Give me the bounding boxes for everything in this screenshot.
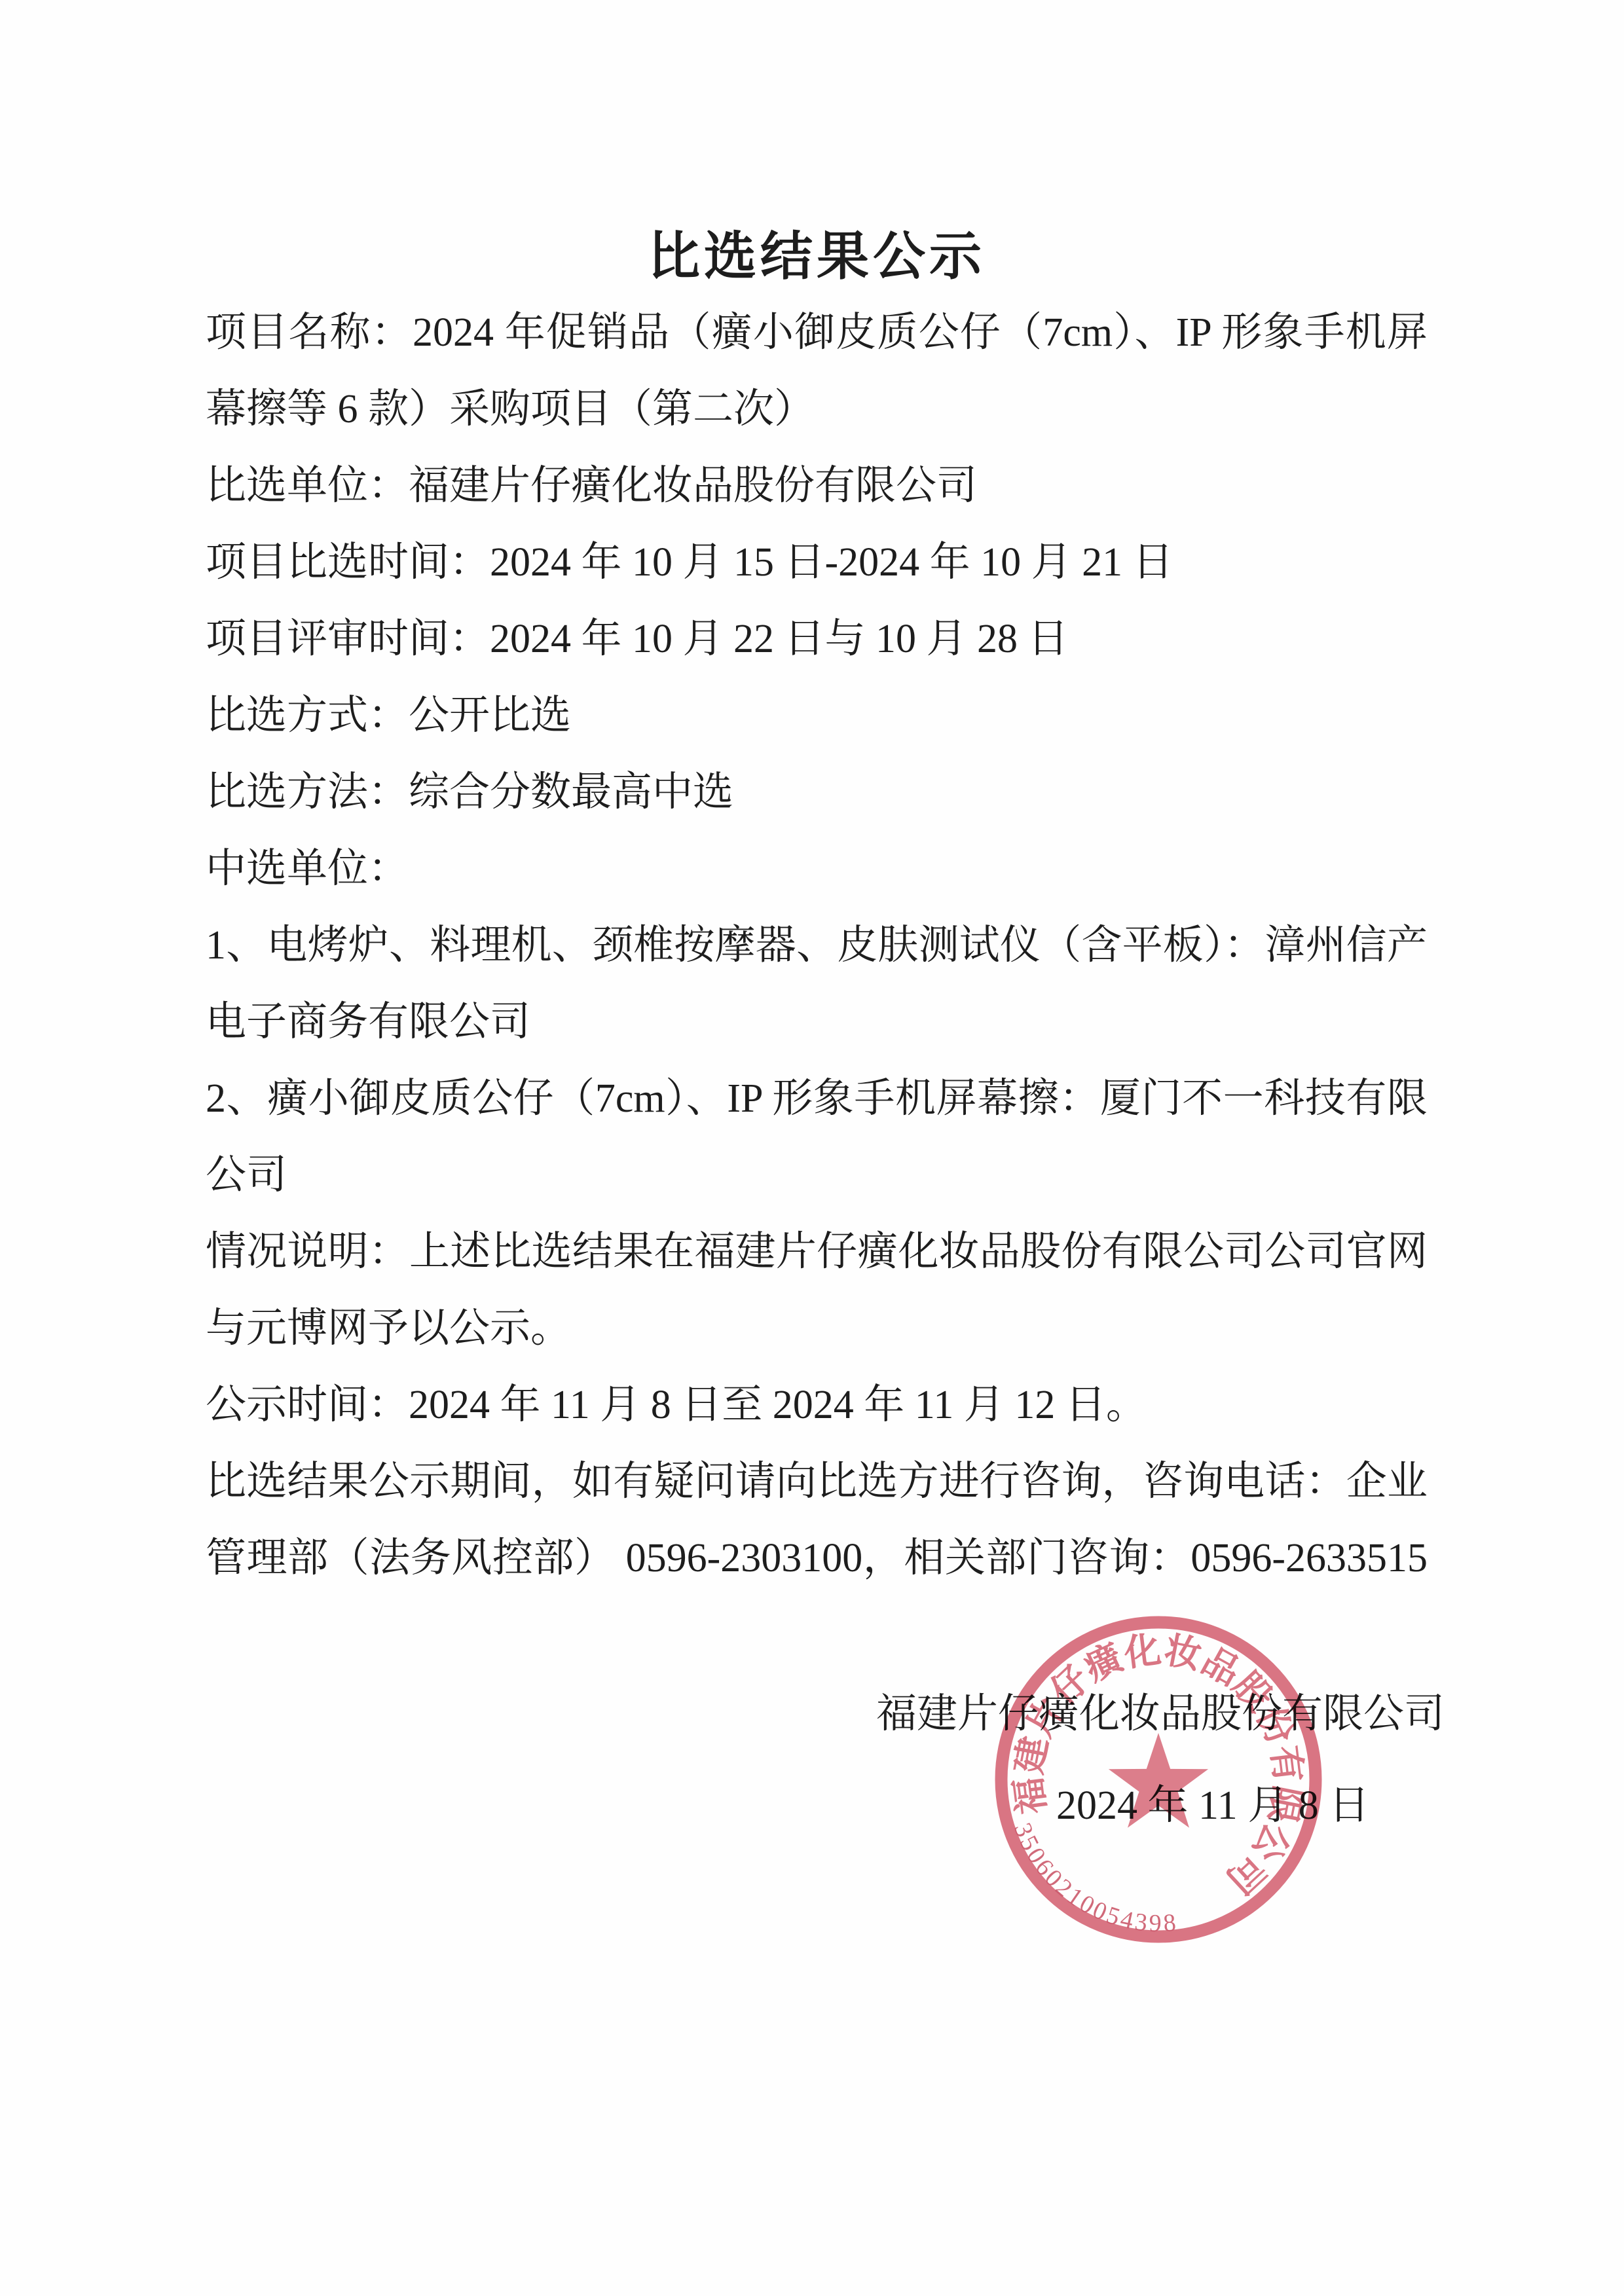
body-line: 比选单位：福建片仔癀化妆品股份有限公司 <box>206 448 1428 524</box>
body-line: 情况说明：上述比选结果在福建片仔癀化妆品股份有限公司公司官网 <box>206 1214 1428 1290</box>
body-line: 比选结果公示期间，如有疑问请向比选方进行咨询，咨询电话：企业 <box>206 1444 1428 1520</box>
body-line: 项目名称：2024 年促销品（癀小御皮质公仔（7cm）、IP 形象手机屏 <box>206 295 1428 371</box>
body-line: 2、癀小御皮质公仔（7cm）、IP 形象手机屏幕擦：厦门不一科技有限 <box>206 1061 1428 1137</box>
body-text-block: 项目名称：2024 年促销品（癀小御皮质公仔（7cm）、IP 形象手机屏 幕擦等… <box>206 295 1428 1597</box>
announcement-page: 比选结果公示 项目名称：2024 年促销品（癀小御皮质公仔（7cm）、IP 形象… <box>0 0 1624 2296</box>
body-line: 中选单位： <box>206 831 1428 907</box>
body-line: 比选方式：公开比选 <box>206 678 1428 754</box>
seal-number-arc-text: 35060210054398 <box>989 1810 1191 1967</box>
body-line: 项目评审时间：2024 年 10 月 22 日与 10 月 28 日 <box>206 601 1428 678</box>
body-line: 公示时间：2024 年 11 月 8 日至 2024 年 11 月 12 日。 <box>206 1367 1428 1444</box>
body-line: 与元博网予以公示。 <box>206 1290 1428 1367</box>
star-icon <box>1109 1733 1208 1828</box>
svg-text:35060210054398: 35060210054398 <box>989 1810 1191 1967</box>
body-line: 公司 <box>206 1137 1428 1214</box>
body-line: 1、电烤炉、料理机、颈椎按摩器、皮肤测试仪（含平板）：漳州信产 <box>206 907 1428 984</box>
body-line: 比选方法：综合分数最高中选 <box>206 754 1428 831</box>
body-line: 幕擦等 6 款）采购项目（第二次） <box>206 371 1428 448</box>
body-line: 项目比选时间：2024 年 10 月 15 日-2024 年 10 月 21 日 <box>206 524 1428 601</box>
body-line: 电子商务有限公司 <box>206 984 1428 1061</box>
company-seal-stamp: 福建片仔癀化妆品股份有限公司 35060210054398 <box>949 1570 1368 1989</box>
page-title: 比选结果公示 <box>206 220 1428 295</box>
